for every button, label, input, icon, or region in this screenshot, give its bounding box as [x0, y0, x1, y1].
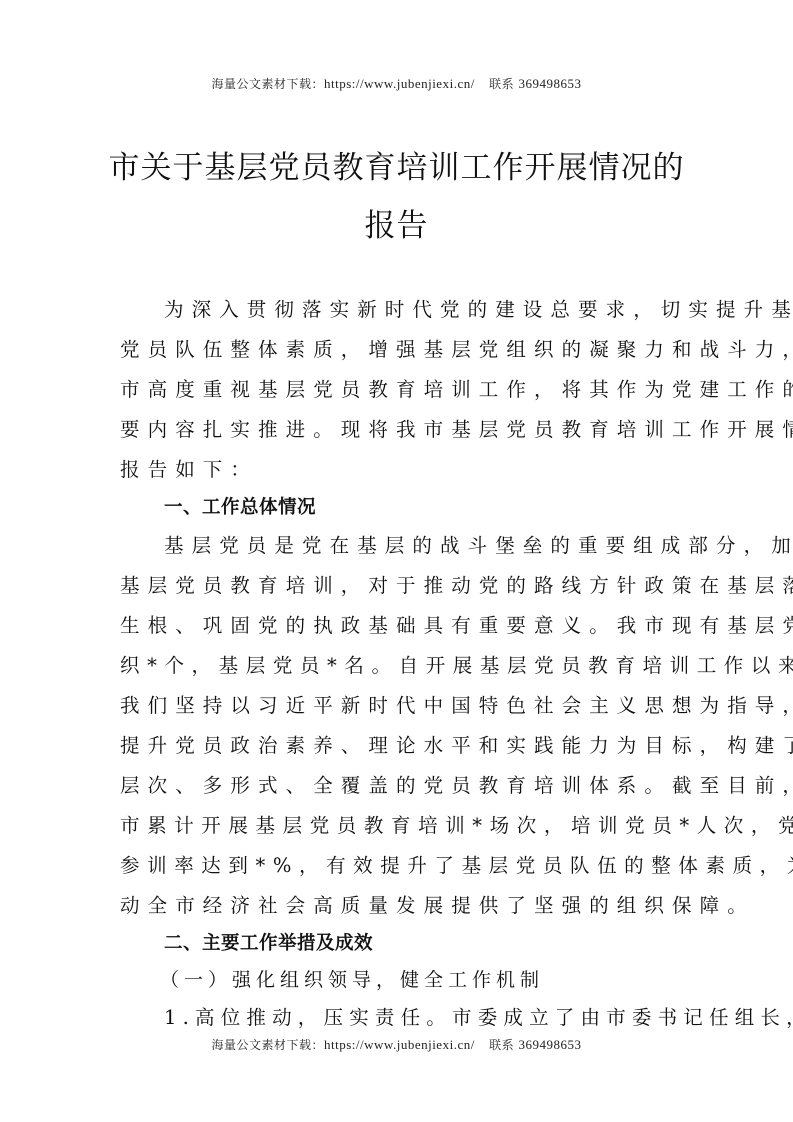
section-1-line: 织*个，基层党员*名。自开展基层党员教育培训工作以来， [120, 646, 676, 686]
intro-line: 党员队伍整体素质，增强基层党组织的凝聚力和战斗力，我 [120, 330, 676, 370]
header-contact-label: 联系 [489, 77, 514, 91]
section-2-heading: 二、主要工作举措及成效 [120, 926, 676, 962]
header-label: 海量公文素材下载： [212, 77, 325, 91]
item-1-line: 1.高位推动，压实责任。市委成立了由市委书记任组长， [120, 998, 676, 1038]
header-contact-number: 369498653 [519, 76, 582, 91]
section-1-heading: 一、工作总体情况 [120, 490, 676, 526]
intro-line: 市高度重视基层党员教育培训工作，将其作为党建工作的重 [120, 370, 676, 410]
section-1-line: 我们坚持以习近平新时代中国特色社会主义思想为指导，以 [120, 686, 676, 726]
page-footer: 海量公文素材下载：https://www.jubenjiexi.cn/ 联系 3… [0, 1036, 793, 1053]
section-1-line: 提升党员政治素养、理论水平和实践能力为目标，构建了多 [120, 726, 676, 766]
footer-url-link[interactable]: https://www.jubenjiexi.cn/ [324, 1037, 475, 1052]
section-1-line: 基层党员教育培训，对于推动党的路线方针政策在基层落地 [120, 566, 676, 606]
intro-line: 为深入贯彻落实新时代党的建设总要求，切实提升基层 [120, 290, 676, 330]
section-1-line: 生根、巩固党的执政基础具有重要意义。我市现有基层党组 [120, 606, 676, 646]
subsection-1-heading: （一）强化组织领导，健全工作机制 [120, 962, 676, 998]
section-1-line: 市累计开展基层党员教育培训*场次，培训党员*人次，党员 [120, 806, 676, 846]
header-url-link[interactable]: https://www.jubenjiexi.cn/ [324, 76, 475, 91]
document-title-line-1: 市关于基层党员教育培训工作开展情况的 [0, 142, 793, 187]
footer-label: 海量公文素材下载： [212, 1038, 325, 1052]
page-header: 海量公文素材下载：https://www.jubenjiexi.cn/ 联系 3… [0, 75, 793, 92]
intro-line: 要内容扎实推进。现将我市基层党员教育培训工作开展情况 [120, 410, 676, 450]
intro-line: 报告如下： [120, 450, 676, 490]
section-1-line: 层次、多形式、全覆盖的党员教育培训体系。截至目前，全 [120, 766, 676, 806]
footer-contact-number: 369498653 [519, 1037, 582, 1052]
document-title-line-2: 报告 [0, 200, 793, 245]
document-body: 为深入贯彻落实新时代党的建设总要求，切实提升基层 党员队伍整体素质，增强基层党组… [120, 290, 676, 1038]
section-1-line: 参训率达到*%，有效提升了基层党员队伍的整体素质，为推 [120, 846, 676, 886]
section-1-line: 动全市经济社会高质量发展提供了坚强的组织保障。 [120, 886, 676, 926]
footer-contact-label: 联系 [489, 1038, 514, 1052]
section-1-line: 基层党员是党在基层的战斗堡垒的重要组成部分，加强 [120, 526, 676, 566]
